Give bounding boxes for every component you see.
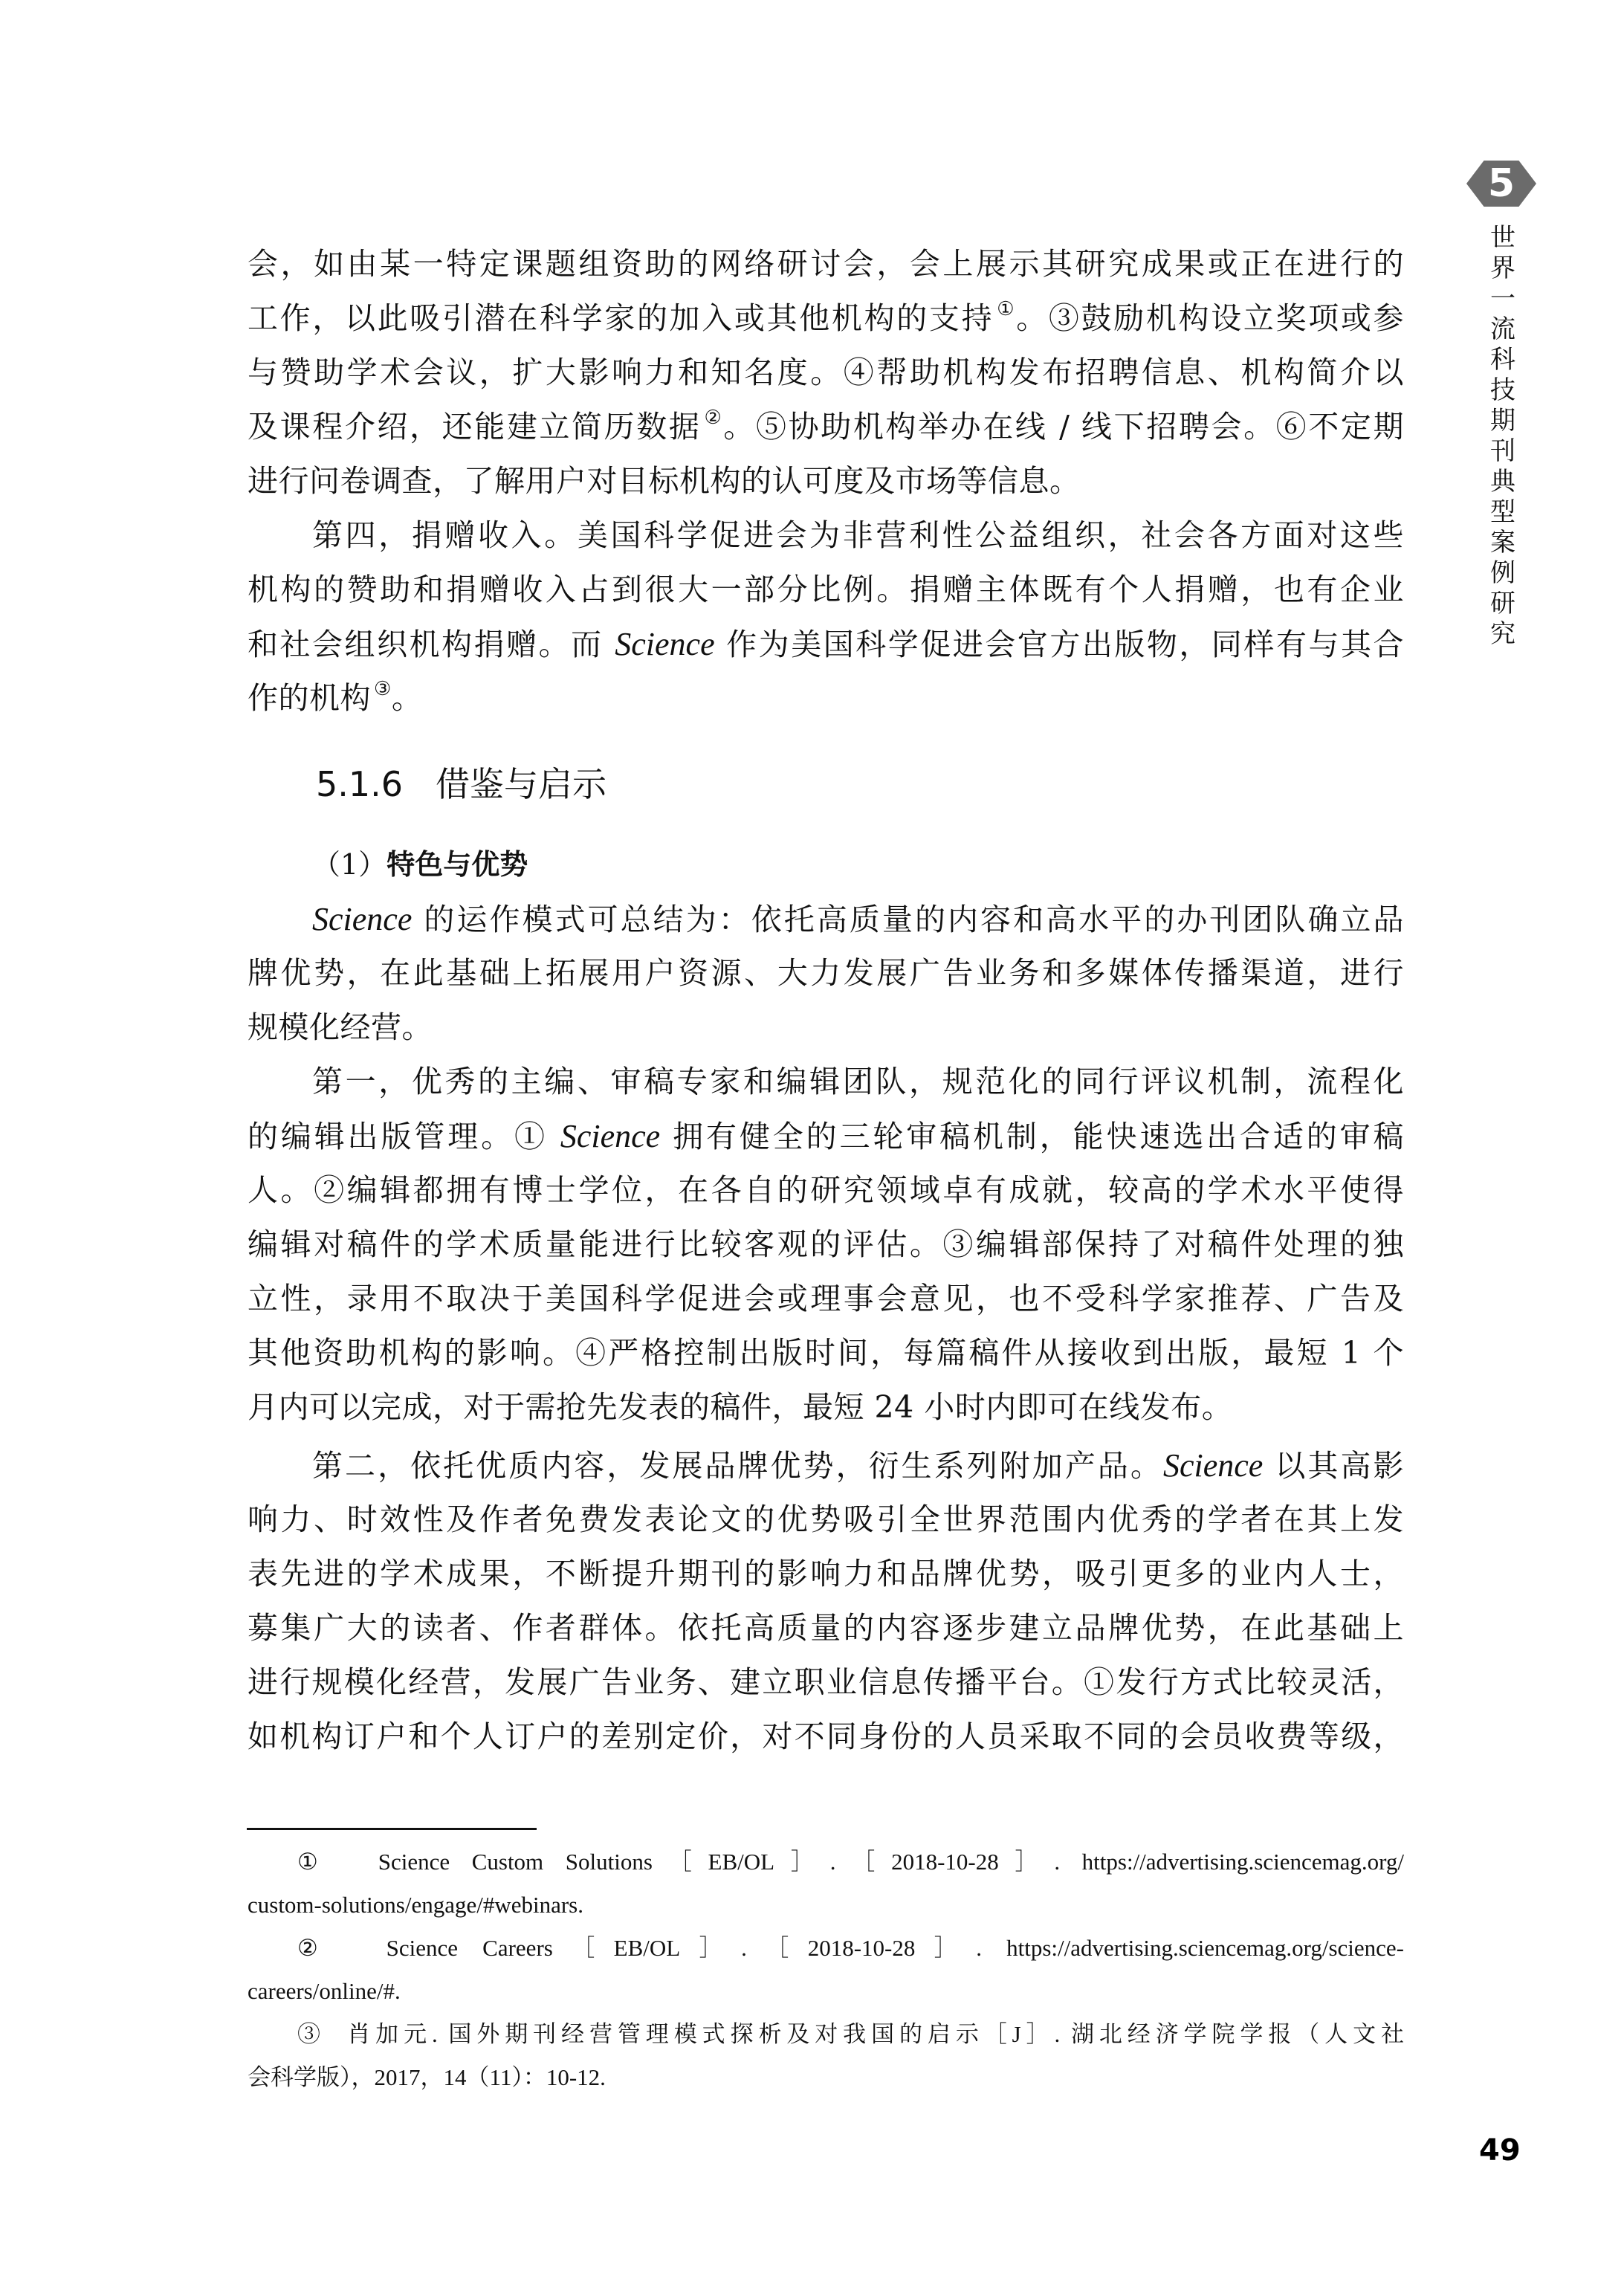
- footnote-link[interactable]: Science Careers［EB/OL］.［2018-10-28］. htt…: [386, 1935, 1404, 1961]
- footnote-line: ③ 肖加元. 国外期刊经营管理模式探析及对我国的启示［J］. 湖北经济学院学报（…: [297, 2013, 1404, 2056]
- footnote-marker: ②: [297, 1935, 337, 1961]
- subsection-title: 特色与优势: [386, 848, 528, 881]
- running-title: 世界一流科技期刊典型案例研究: [1486, 223, 1519, 650]
- text-line: 立性，录用不取决于美国科学促进会或理事会意见，也不受科学家推荐、广告及: [248, 1272, 1404, 1326]
- text-line: 响力、时效性及作者免费发表论文的优势吸引全世界范围内优秀的学者在其上发: [248, 1493, 1404, 1547]
- footnote-line: ① Science Custom Solutions［EB/OL］.［2018-…: [297, 1840, 1404, 1884]
- text-line: 规模化经营。: [248, 1001, 1404, 1055]
- text-line: 进行问卷调查，了解用户对目标机构的认可度及市场等信息。: [248, 454, 1404, 508]
- text-line: 第二，依托优质内容，发展品牌优势，衍生系列附加产品。Science 以其高影: [312, 1438, 1404, 1493]
- text-line: 第四，捐赠收入。美国科学促进会为非营利性公益组织，社会各方面对这些: [312, 508, 1404, 563]
- text-line: 编辑对稿件的学术质量能进行比较客观的评估。③编辑部保持了对稿件处理的独: [248, 1218, 1404, 1272]
- journal-name: Science: [1163, 1447, 1263, 1484]
- text-line: 表先进的学术成果，不断提升期刊的影响力和品牌优势，吸引更多的业内人士，: [248, 1547, 1404, 1601]
- footnote-divider: [247, 1828, 537, 1830]
- footnote-marker: ③: [297, 2021, 326, 2047]
- footnote-link[interactable]: Science Custom Solutions［EB/OL］.［2018-10…: [378, 1849, 1404, 1875]
- footnote-line: ② Science Careers［EB/OL］.［2018-10-28］. h…: [297, 1927, 1404, 1970]
- footnote-ref[interactable]: ③: [374, 678, 392, 700]
- section-title: 借鉴与启示: [436, 764, 606, 804]
- text-line: 月内可以完成，对于需抢先发表的稿件，最短 24 小时内即可在线发布。: [248, 1380, 1404, 1435]
- footnote-ref[interactable]: ①: [997, 298, 1016, 320]
- footnote-line: 会科学版），2017，14（11）：10-12.: [248, 2056, 1404, 2099]
- text-line: 工作，以此吸引潜在科学家的加入或其他机构的支持①。③鼓励机构设立奖项或参: [248, 291, 1404, 346]
- text-line: 进行规模化经营，发展广告业务、建立职业信息传播平台。①发行方式比较灵活，: [248, 1655, 1404, 1710]
- journal-name: Science: [615, 626, 714, 662]
- page-number: 49: [1479, 2133, 1521, 2168]
- journal-name: Science: [312, 901, 412, 937]
- text-line: 会，如由某一特定课题组资助的网络研讨会，会上展示其研究成果或正在进行的: [248, 237, 1404, 291]
- text-line: 和社会组织机构捐赠。而 Science 作为美国科学促进会官方出版物，同样有与其…: [248, 617, 1404, 671]
- chapter-number: 5: [1488, 161, 1515, 206]
- section-number: 5.1.6: [316, 764, 403, 804]
- text-line: 与赞助学术会议，扩大影响力和知名度。④帮助机构发布招聘信息、机构简介以: [248, 346, 1404, 400]
- chapter-badge: 5: [1466, 161, 1536, 207]
- text-line: 如机构订户和个人订户的差别定价，对不同身份的人员采取不同的会员收费等级，: [248, 1710, 1404, 1764]
- journal-name: Science: [560, 1118, 660, 1154]
- text-line: 人。②编辑都拥有博士学位，在各自的研究领域卓有成就，较高的学术水平使得: [248, 1163, 1404, 1218]
- subsection-number: （1）: [312, 848, 386, 881]
- footnote-line[interactable]: careers/online/#.: [248, 1970, 1404, 2013]
- text-line: Science 的运作模式可总结为：依托高质量的内容和高水平的办刊团队确立品: [312, 892, 1404, 946]
- text-line: 机构的赞助和捐赠收入占到很大一部分比例。捐赠主体既有个人捐赠，也有企业: [248, 563, 1404, 617]
- text-line: 的编辑出版管理。① Science 拥有健全的三轮审稿机制，能快速选出合适的审稿: [248, 1109, 1404, 1163]
- footnote-ref[interactable]: ②: [704, 407, 723, 429]
- text-line: 其他资助机构的影响。④严格控制出版时间，每篇稿件从接收到出版，最短 1 个: [248, 1326, 1404, 1380]
- text-line: 第一，优秀的主编、审稿专家和编辑团队，规范化的同行评议机制，流程化: [312, 1055, 1404, 1109]
- subsection-heading: （1）特色与优势: [312, 840, 528, 889]
- footnote-line[interactable]: custom-solutions/engage/#webinars.: [248, 1884, 1404, 1927]
- text-line: 牌优势，在此基础上拓展用户资源、大力发展广告业务和多媒体传播渠道，进行: [248, 946, 1404, 1001]
- footnote-marker: ①: [297, 1849, 334, 1875]
- section-heading: 5.1.6借鉴与启示: [316, 758, 606, 810]
- text-line: 及课程介绍，还能建立简历数据②。⑤协助机构举办在线 / 线下招聘会。⑥不定期: [248, 400, 1404, 454]
- text-line: 募集广大的读者、作者群体。依托高质量的内容逐步建立品牌优势，在此基础上: [248, 1601, 1404, 1655]
- footnote-citation: 肖加元. 国外期刊经营管理模式探析及对我国的启示［J］. 湖北经济学院学报（人文…: [347, 2021, 1404, 2047]
- text-line: 作的机构③。: [248, 671, 1404, 725]
